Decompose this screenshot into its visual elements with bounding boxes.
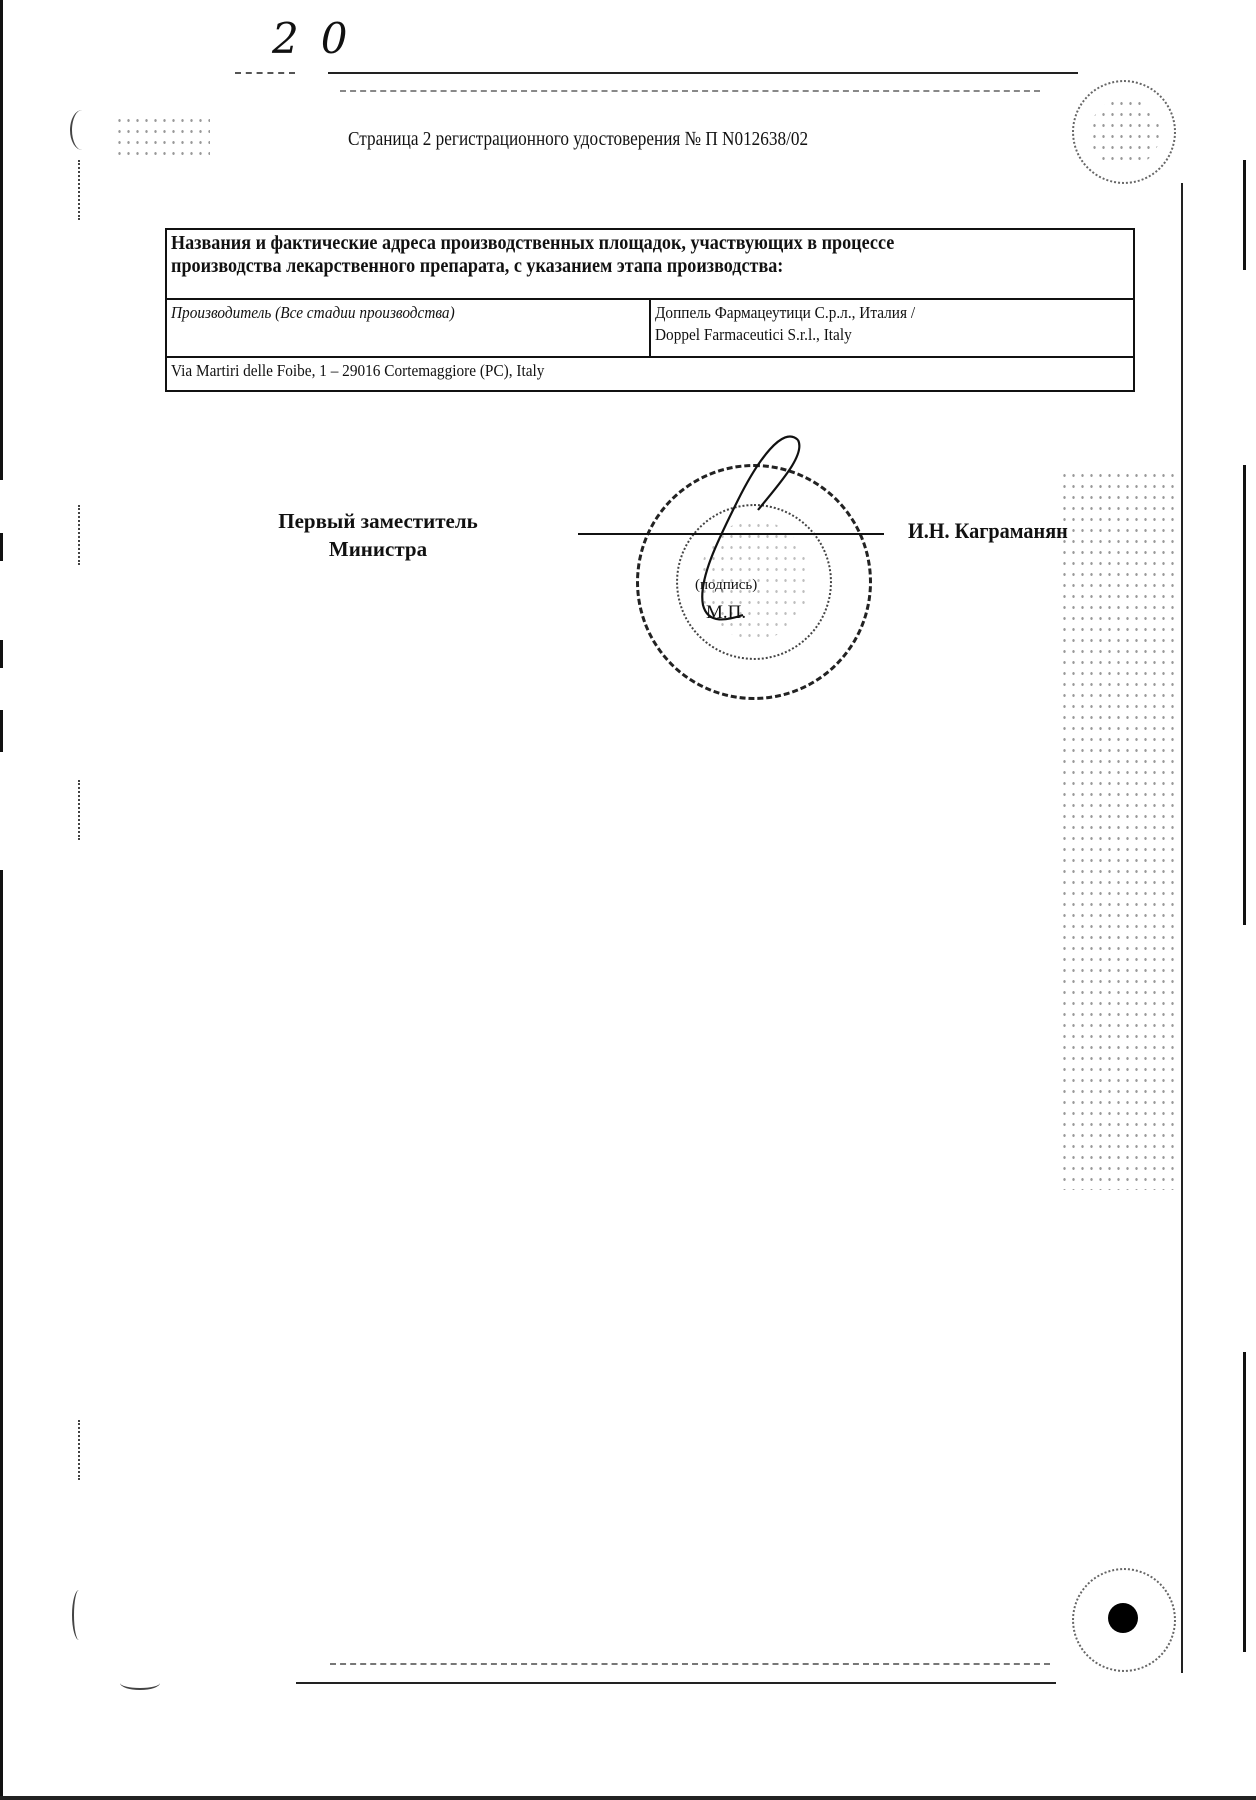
- page-border-right: [1181, 183, 1183, 1673]
- handwritten-signature: [688, 430, 808, 630]
- signatory-position-line-1: Первый заместитель: [262, 507, 494, 535]
- table-title: Названия и фактические адреса производст…: [166, 229, 1134, 299]
- table-title-line-1: Названия и фактические адреса производст…: [171, 232, 894, 255]
- scan-edge-right: [1243, 1352, 1246, 1652]
- scan-edge-left-bottom: [0, 870, 3, 1800]
- seal-label: М.П.: [706, 602, 746, 624]
- manufacturer-name-cell: Доппель Фармацеутици С.р.л., Италия / Do…: [650, 299, 1134, 357]
- scan-edge-bottom: [0, 1796, 1256, 1800]
- scan-edge-right: [1243, 465, 1246, 925]
- production-sites-table: Названия и фактические адреса производст…: [165, 228, 1135, 392]
- manufacturer-role-cell: Производитель (Все стадии производства): [166, 299, 650, 357]
- bracket-left-top: [70, 110, 94, 150]
- scan-edge-left-segment: [0, 710, 3, 752]
- manufacturer-role: Производитель (Все стадии производства): [171, 302, 455, 324]
- top-rule: [328, 72, 1078, 74]
- signatory-position-line-2: Министра: [262, 535, 494, 563]
- table-title-line-2: производства лекарственного препарата, с…: [171, 255, 783, 278]
- manufacturer-name-en: Doppel Farmaceutici S.r.l., Italy: [655, 324, 852, 346]
- punch-hole: [1108, 1603, 1138, 1633]
- margin-dots: [78, 1420, 80, 1480]
- bottom-rule: [296, 1682, 1056, 1684]
- scan-edge-left-segment: [0, 533, 3, 561]
- margin-dots: [78, 160, 80, 220]
- scan-edge-left-top: [0, 0, 3, 480]
- top-rule-dashes: [235, 72, 295, 74]
- margin-dots: [78, 780, 80, 840]
- left-pattern-top: [115, 115, 210, 155]
- bracket-left-bottom: [120, 1676, 160, 1690]
- signatory-position: Первый заместитель Министра: [262, 507, 494, 563]
- manufacturer-address-cell: Via Martiri delle Foibe, 1 – 29016 Corte…: [166, 357, 1134, 391]
- manufacturer-name-ru: Доппель Фармацеутици С.р.л., Италия /: [655, 302, 915, 324]
- bracket-left-bottom-side: [72, 1590, 86, 1640]
- scan-edge-left-segment: [0, 640, 3, 668]
- table-header-row: Названия и фактические адреса производст…: [166, 229, 1134, 299]
- scan-edge-right: [1243, 160, 1246, 270]
- table-row: Производитель (Все стадии производства) …: [166, 299, 1134, 357]
- bottom-rule-dotted: [330, 1663, 1050, 1665]
- table-row: Via Martiri delle Foibe, 1 – 29016 Corte…: [166, 357, 1134, 391]
- signatory-name: И.Н. Каграманян: [908, 518, 1068, 544]
- security-pattern: [1060, 470, 1180, 1190]
- margin-dots: [78, 505, 80, 565]
- manufacturer-address: Via Martiri delle Foibe, 1 – 29016 Corte…: [171, 360, 544, 382]
- handwritten-page-number: 20: [272, 14, 369, 63]
- page-header: Страница 2 регистрационного удостоверени…: [348, 128, 808, 151]
- signature-label: (подпись): [695, 577, 757, 594]
- rosette-pattern: [1090, 98, 1160, 168]
- top-rule-dotted: [340, 90, 1040, 92]
